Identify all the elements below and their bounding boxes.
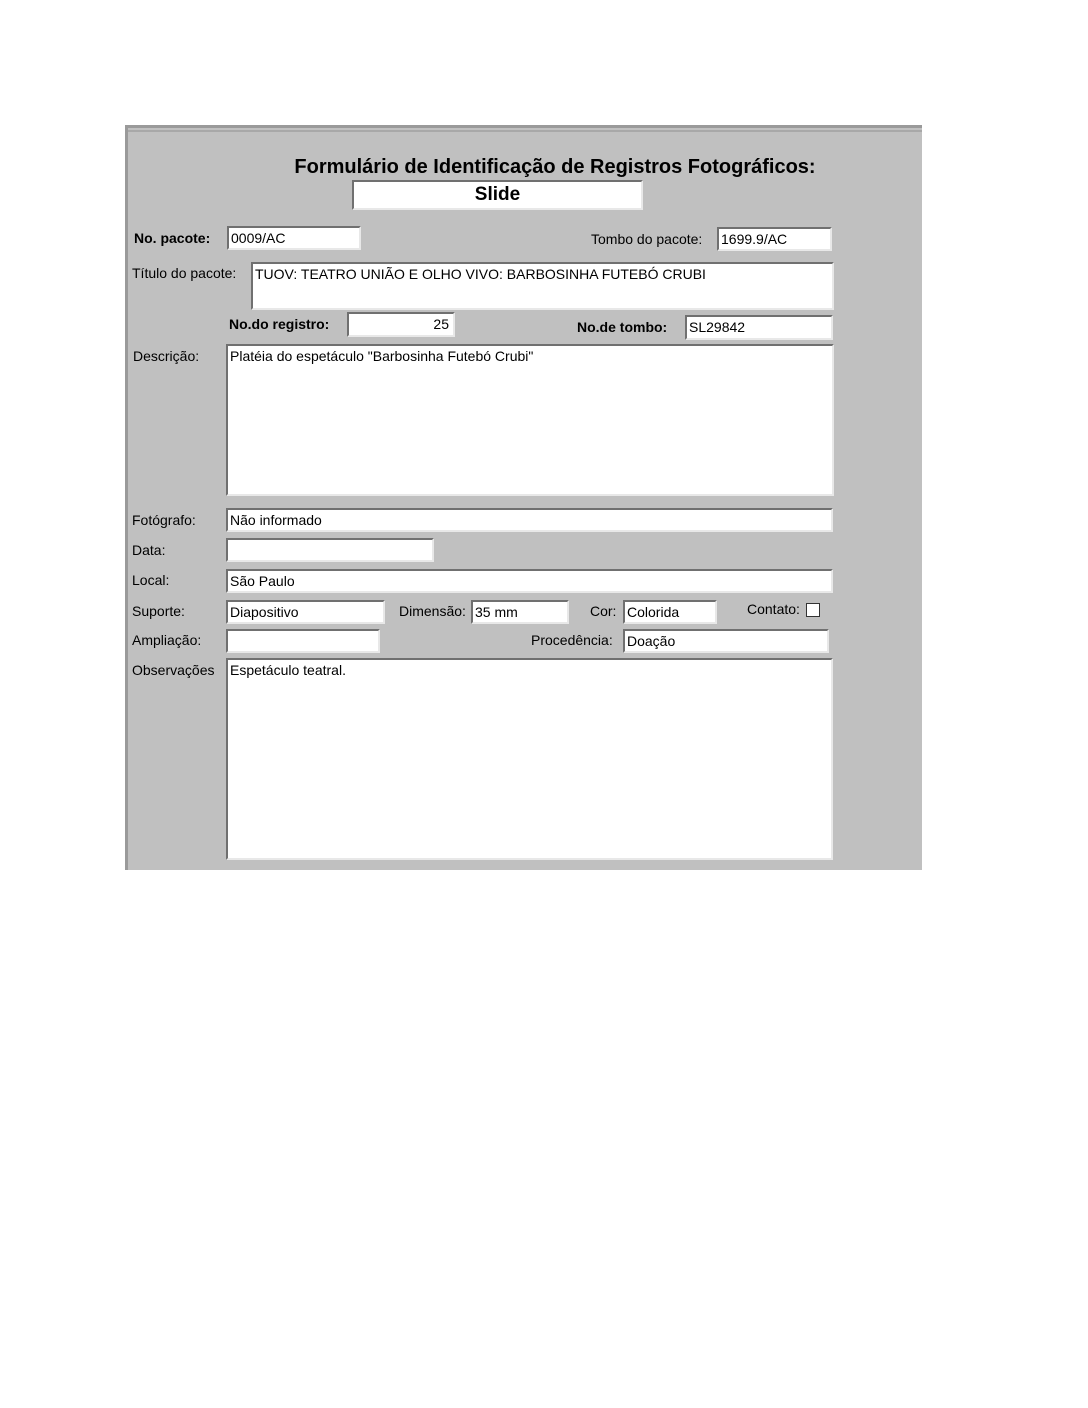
no-pacote-field[interactable]: 0009/AC [227,226,361,250]
no-tombo-field[interactable]: SL29842 [685,315,833,340]
suporte-field[interactable]: Diapositivo [226,600,385,624]
contato-label: Contato: [747,601,800,617]
no-tombo-label: No.de tombo: [577,319,667,335]
titulo-pacote-field[interactable]: TUOV: TEATRO UNIÃO E OLHO VIVO: BARBOSIN… [251,262,834,310]
local-field[interactable]: São Paulo [226,569,833,593]
fotografo-label: Fotógrafo: [132,512,196,528]
form-title: Formulário de Identificação de Registros… [128,156,922,179]
record-type-field[interactable]: Slide [352,180,643,210]
ampliacao-field[interactable] [226,629,380,653]
tombo-pacote-field[interactable]: 1699.9/AC [717,227,832,251]
cor-field[interactable]: Colorida [623,600,717,624]
cor-label: Cor: [590,603,616,619]
dimensao-label: Dimensão: [399,603,466,619]
observacoes-label: Observações [132,662,214,678]
titulo-pacote-label: Título do pacote: [132,265,236,281]
contato-checkbox[interactable] [806,603,820,617]
dimensao-field[interactable]: 35 mm [471,600,569,624]
no-pacote-label: No. pacote: [134,230,210,246]
data-field[interactable] [226,538,434,562]
ampliacao-label: Ampliação: [132,632,201,648]
suporte-label: Suporte: [132,603,185,619]
procedencia-field[interactable]: Doação [623,629,829,653]
local-label: Local: [132,572,169,588]
data-label: Data: [132,542,165,558]
no-registro-label: No.do registro: [229,316,329,332]
fotografo-field[interactable]: Não informado [226,508,833,532]
tombo-pacote-label: Tombo do pacote: [591,231,702,247]
procedencia-label: Procedência: [531,632,613,648]
no-registro-field[interactable]: 25 [347,312,455,337]
descricao-field[interactable]: Platéia do espetáculo "Barbosinha Futebó… [226,344,834,496]
descricao-label: Descrição: [133,348,199,364]
observacoes-field[interactable]: Espetáculo teatral. [226,658,833,860]
